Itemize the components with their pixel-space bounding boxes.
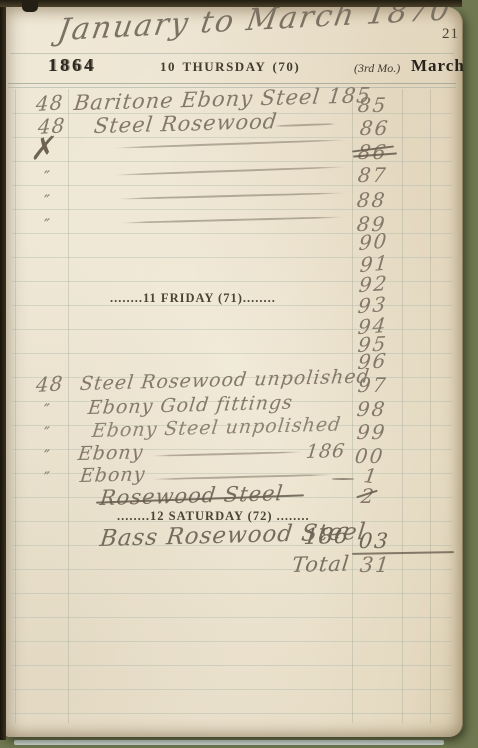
row-amount: 97 [357,373,389,397]
row-qty: 48 [35,90,64,116]
ditto-mark: ″ [44,215,50,234]
crossed-out-ditto-mark: ✗ [27,130,56,167]
row-amount: 86 [359,116,391,140]
day-heading-thursday: 10 THURSDAY (70) [160,59,300,75]
amount-column-line [352,89,353,723]
handwritten-title: January to March 1870 [55,0,454,48]
cents-column-line [402,89,403,723]
ditto-mark: ″ [44,400,50,419]
header-rule-bottom [8,83,456,84]
book-top-notch [22,0,38,12]
book-top-edge [0,0,462,7]
ditto-mark: ″ [44,446,50,465]
month-ordinal-label: (3rd Mo.) [354,61,400,76]
pencil-dash [332,478,354,480]
row-amount: 88 [356,188,388,212]
row-amount: 85 [357,93,389,117]
header-rule-top [10,53,454,54]
row-serial: 186 [305,440,347,463]
row-amount-struck: 86 [357,140,389,164]
row-serial: 186 [303,524,351,550]
row-amount: 98 [356,397,388,421]
row-description: Ebony [79,463,147,487]
row-description: Ebony [77,441,145,465]
ditto-mark: ″ [44,468,50,487]
page-number: 21 [442,26,459,43]
book-binding-edge [0,6,6,740]
row-amount: 99 [356,420,388,444]
far-right-column-line [430,89,431,723]
ditto-mark: ″ [44,423,50,442]
month-name: March [411,56,465,76]
total-amount: 31 [359,553,392,577]
row-qty: 48 [35,371,64,397]
row-description: Steel Rosewood [93,109,279,138]
ledger-page: January to March 1870 21 1864 10 THURSDA… [2,7,463,737]
printed-year: 1864 [48,55,96,76]
scanned-ledger-photo: January to March 1870 21 1864 10 THURSDA… [0,0,478,748]
underlying-page-edge [14,740,444,745]
ditto-mark: ″ [44,191,50,210]
quantity-column-line [68,89,69,723]
margin-line-left [15,89,16,723]
total-label: Total [291,551,351,577]
day-heading-friday: ........11 FRIDAY (71)........ [110,291,276,306]
row-amount: 87 [357,163,389,187]
ditto-mark: ″ [44,167,50,186]
row-amount: 03 [358,529,391,553]
